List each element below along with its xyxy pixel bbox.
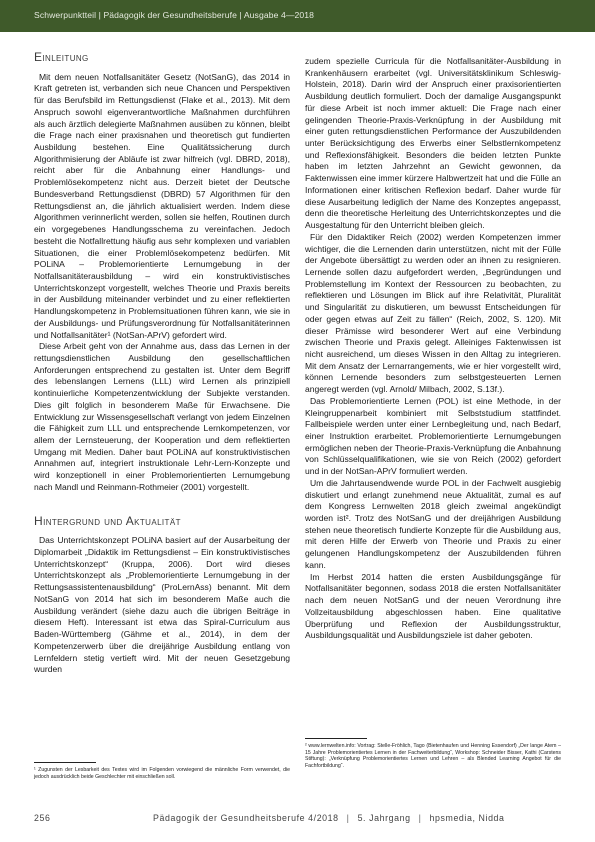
paragraph: Das Problemorientierte Lernen (POL) ist … xyxy=(305,396,561,478)
left-column: Einleitung Mit dem neuen Notfallsanitäte… xyxy=(34,52,290,676)
header-bar: Schwerpunktteil | Pädagogik der Gesundhe… xyxy=(0,0,595,32)
footer-info: Pädagogik der Gesundheitsberufe 4/2018|5… xyxy=(153,813,505,823)
footer-publisher: hpsmedia, Nidda xyxy=(430,813,505,823)
footnote-rule-right xyxy=(305,738,367,739)
paragraph: Das Unterrichtskonzept POLiNA basiert au… xyxy=(34,535,290,676)
section-heading-einleitung: Einleitung xyxy=(34,52,290,64)
footer-volume: 5. Jahrgang xyxy=(358,813,411,823)
paragraph: Diese Arbeit geht von der Annahme aus, d… xyxy=(34,341,290,493)
footer-separator: | xyxy=(347,813,350,823)
footnote-rule-left xyxy=(34,762,96,763)
footer-journal: Pädagogik der Gesundheitsberufe 4/2018 xyxy=(153,813,339,823)
right-column: zudem spezielle Curricula für die Notfal… xyxy=(305,56,561,642)
footer-separator: | xyxy=(419,813,422,823)
paragraph: zudem spezielle Curricula für die Notfal… xyxy=(305,56,561,232)
paragraph: Mit dem neuen Notfallsanitäter Gesetz (N… xyxy=(34,72,290,342)
page-number: 256 xyxy=(34,813,50,823)
footnote-right: ² www.lernwelten.info: Vortrag: Stelle-F… xyxy=(305,743,561,769)
paragraph: Im Herbst 2014 hatten die ersten Ausbild… xyxy=(305,572,561,642)
section-heading-hintergrund: Hintergrund und Aktualität xyxy=(34,516,290,528)
footnote-left: ¹ Zugunsten der Lesbarkeit des Textes wi… xyxy=(34,767,290,780)
paragraph: Für den Didaktiker Reich (2002) werden K… xyxy=(305,232,561,396)
paragraph: Um die Jahrtausendwende wurde POL in der… xyxy=(305,478,561,572)
running-title: Schwerpunktteil | Pädagogik der Gesundhe… xyxy=(34,10,314,20)
